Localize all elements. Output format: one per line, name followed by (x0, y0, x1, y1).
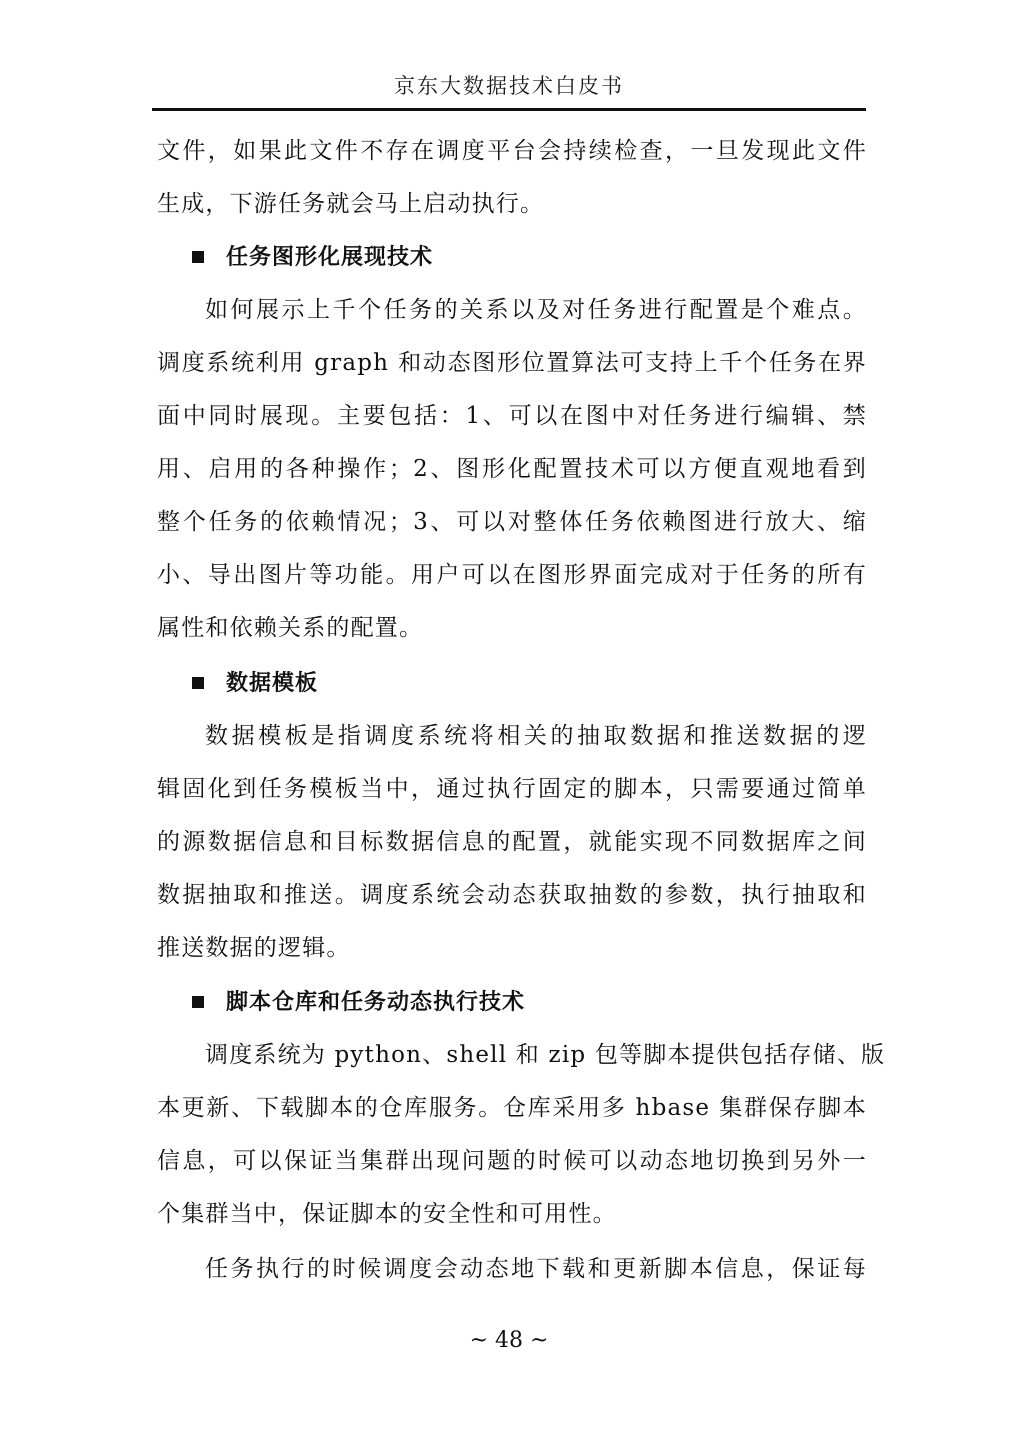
paragraph-line: 推送数据的逻辑。 (157, 933, 867, 963)
running-header: 京东大数据技术白皮书 (152, 72, 866, 100)
section-heading-text: 数据模板 (226, 668, 318, 698)
square-bullet-icon (192, 677, 204, 689)
paragraph-line: 个集群当中，保证脚本的安全性和可用性。 (157, 1199, 867, 1229)
paragraph-line: 数据抽取和推送。调度系统会动态获取抽数的参数，执行抽取和 (157, 880, 867, 910)
square-bullet-icon (192, 996, 204, 1008)
paragraph-line: 调度系统利用 graph 和动态图形位置算法可支持上千个任务在界 (157, 348, 867, 378)
page-number: ~ 48 ~ (152, 1326, 866, 1356)
square-bullet-icon (192, 251, 204, 263)
section-heading: 数据模板 (192, 668, 318, 698)
section-heading-text: 脚本仓库和任务动态执行技术 (226, 987, 525, 1017)
section-heading-text: 任务图形化展现技术 (226, 242, 433, 272)
paragraph-line: 数据模板是指调度系统将相关的抽取数据和推送数据的逻 (205, 721, 867, 751)
paragraph-line: 面中同时展现。主要包括：1、可以在图中对任务进行编辑、禁 (157, 401, 867, 431)
paragraph-line: 如何展示上千个任务的关系以及对任务进行配置是个难点。 (205, 295, 867, 325)
paragraph-line: 用、启用的各种操作；2、图形化配置技术可以方便直观地看到 (157, 454, 867, 484)
paragraph-line: 辑固化到任务模板当中，通过执行固定的脚本，只需要通过简单 (157, 774, 867, 804)
paragraph-line: 文件，如果此文件不存在调度平台会持续检查，一旦发现此文件 (157, 136, 867, 166)
paragraph-line: 整个任务的依赖情况；3、可以对整体任务依赖图进行放大、缩 (157, 507, 867, 537)
paragraph-line: 本更新、下载脚本的仓库服务。仓库采用多 hbase 集群保存脚本 (157, 1093, 867, 1123)
paragraph-line: 属性和依赖关系的配置。 (157, 613, 867, 643)
section-heading: 脚本仓库和任务动态执行技术 (192, 987, 525, 1017)
paragraph-line: 信息，可以保证当集群出现问题的时候可以动态地切换到另外一 (157, 1146, 867, 1176)
paragraph-line: 调度系统为 python、shell 和 zip 包等脚本提供包括存储、版 (205, 1040, 867, 1070)
section-heading: 任务图形化展现技术 (192, 242, 433, 272)
paragraph-line: 任务执行的时候调度会动态地下载和更新脚本信息，保证每 (205, 1254, 867, 1284)
paragraph-line: 小、导出图片等功能。用户可以在图形界面完成对于任务的所有 (157, 560, 867, 590)
paragraph-line: 生成，下游任务就会马上启动执行。 (157, 189, 867, 219)
header-rule (152, 108, 866, 111)
paragraph-line: 的源数据信息和目标数据信息的配置，就能实现不同数据库之间 (157, 827, 867, 857)
